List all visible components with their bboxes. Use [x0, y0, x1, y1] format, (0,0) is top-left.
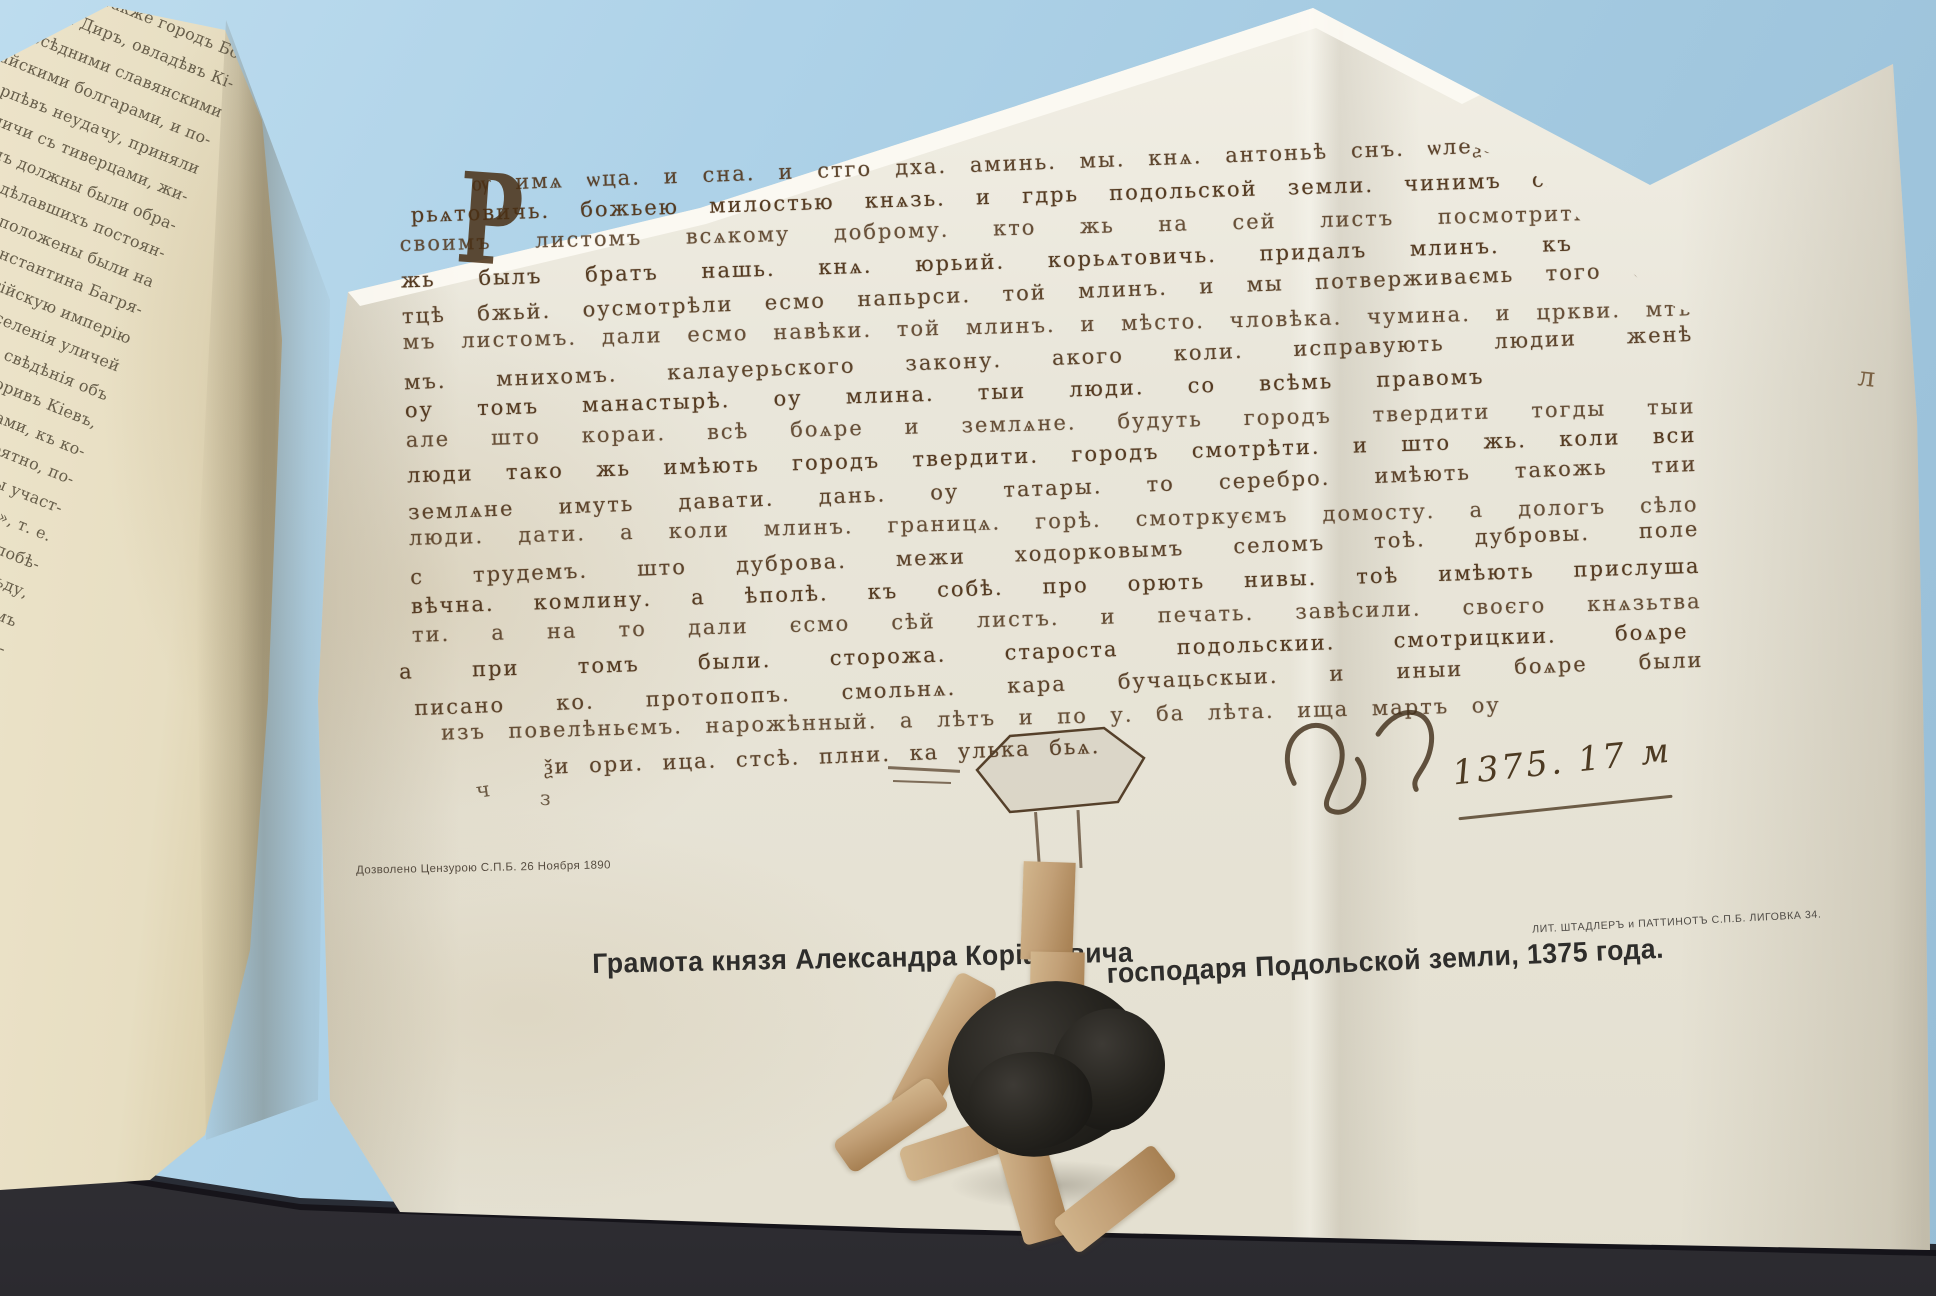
book-photograph: ева Аскольдомъ и Диромъ мѣ-оду, основалъ…: [0, 0, 1936, 1296]
plica-mark-2: з: [539, 786, 552, 811]
charter-initial-letter: Р: [448, 145, 553, 368]
archivist-monogram: [1253, 674, 1482, 852]
seal-ribbon-top: [1020, 861, 1075, 961]
charter-margin-mark: л: [1856, 361, 1876, 394]
charter-manuscript-text: ѹ имѧ ѡца. и сна. и стго дха. аминь. мы.…: [397, 126, 1712, 806]
plica-hexagon-outline: [952, 722, 1162, 832]
